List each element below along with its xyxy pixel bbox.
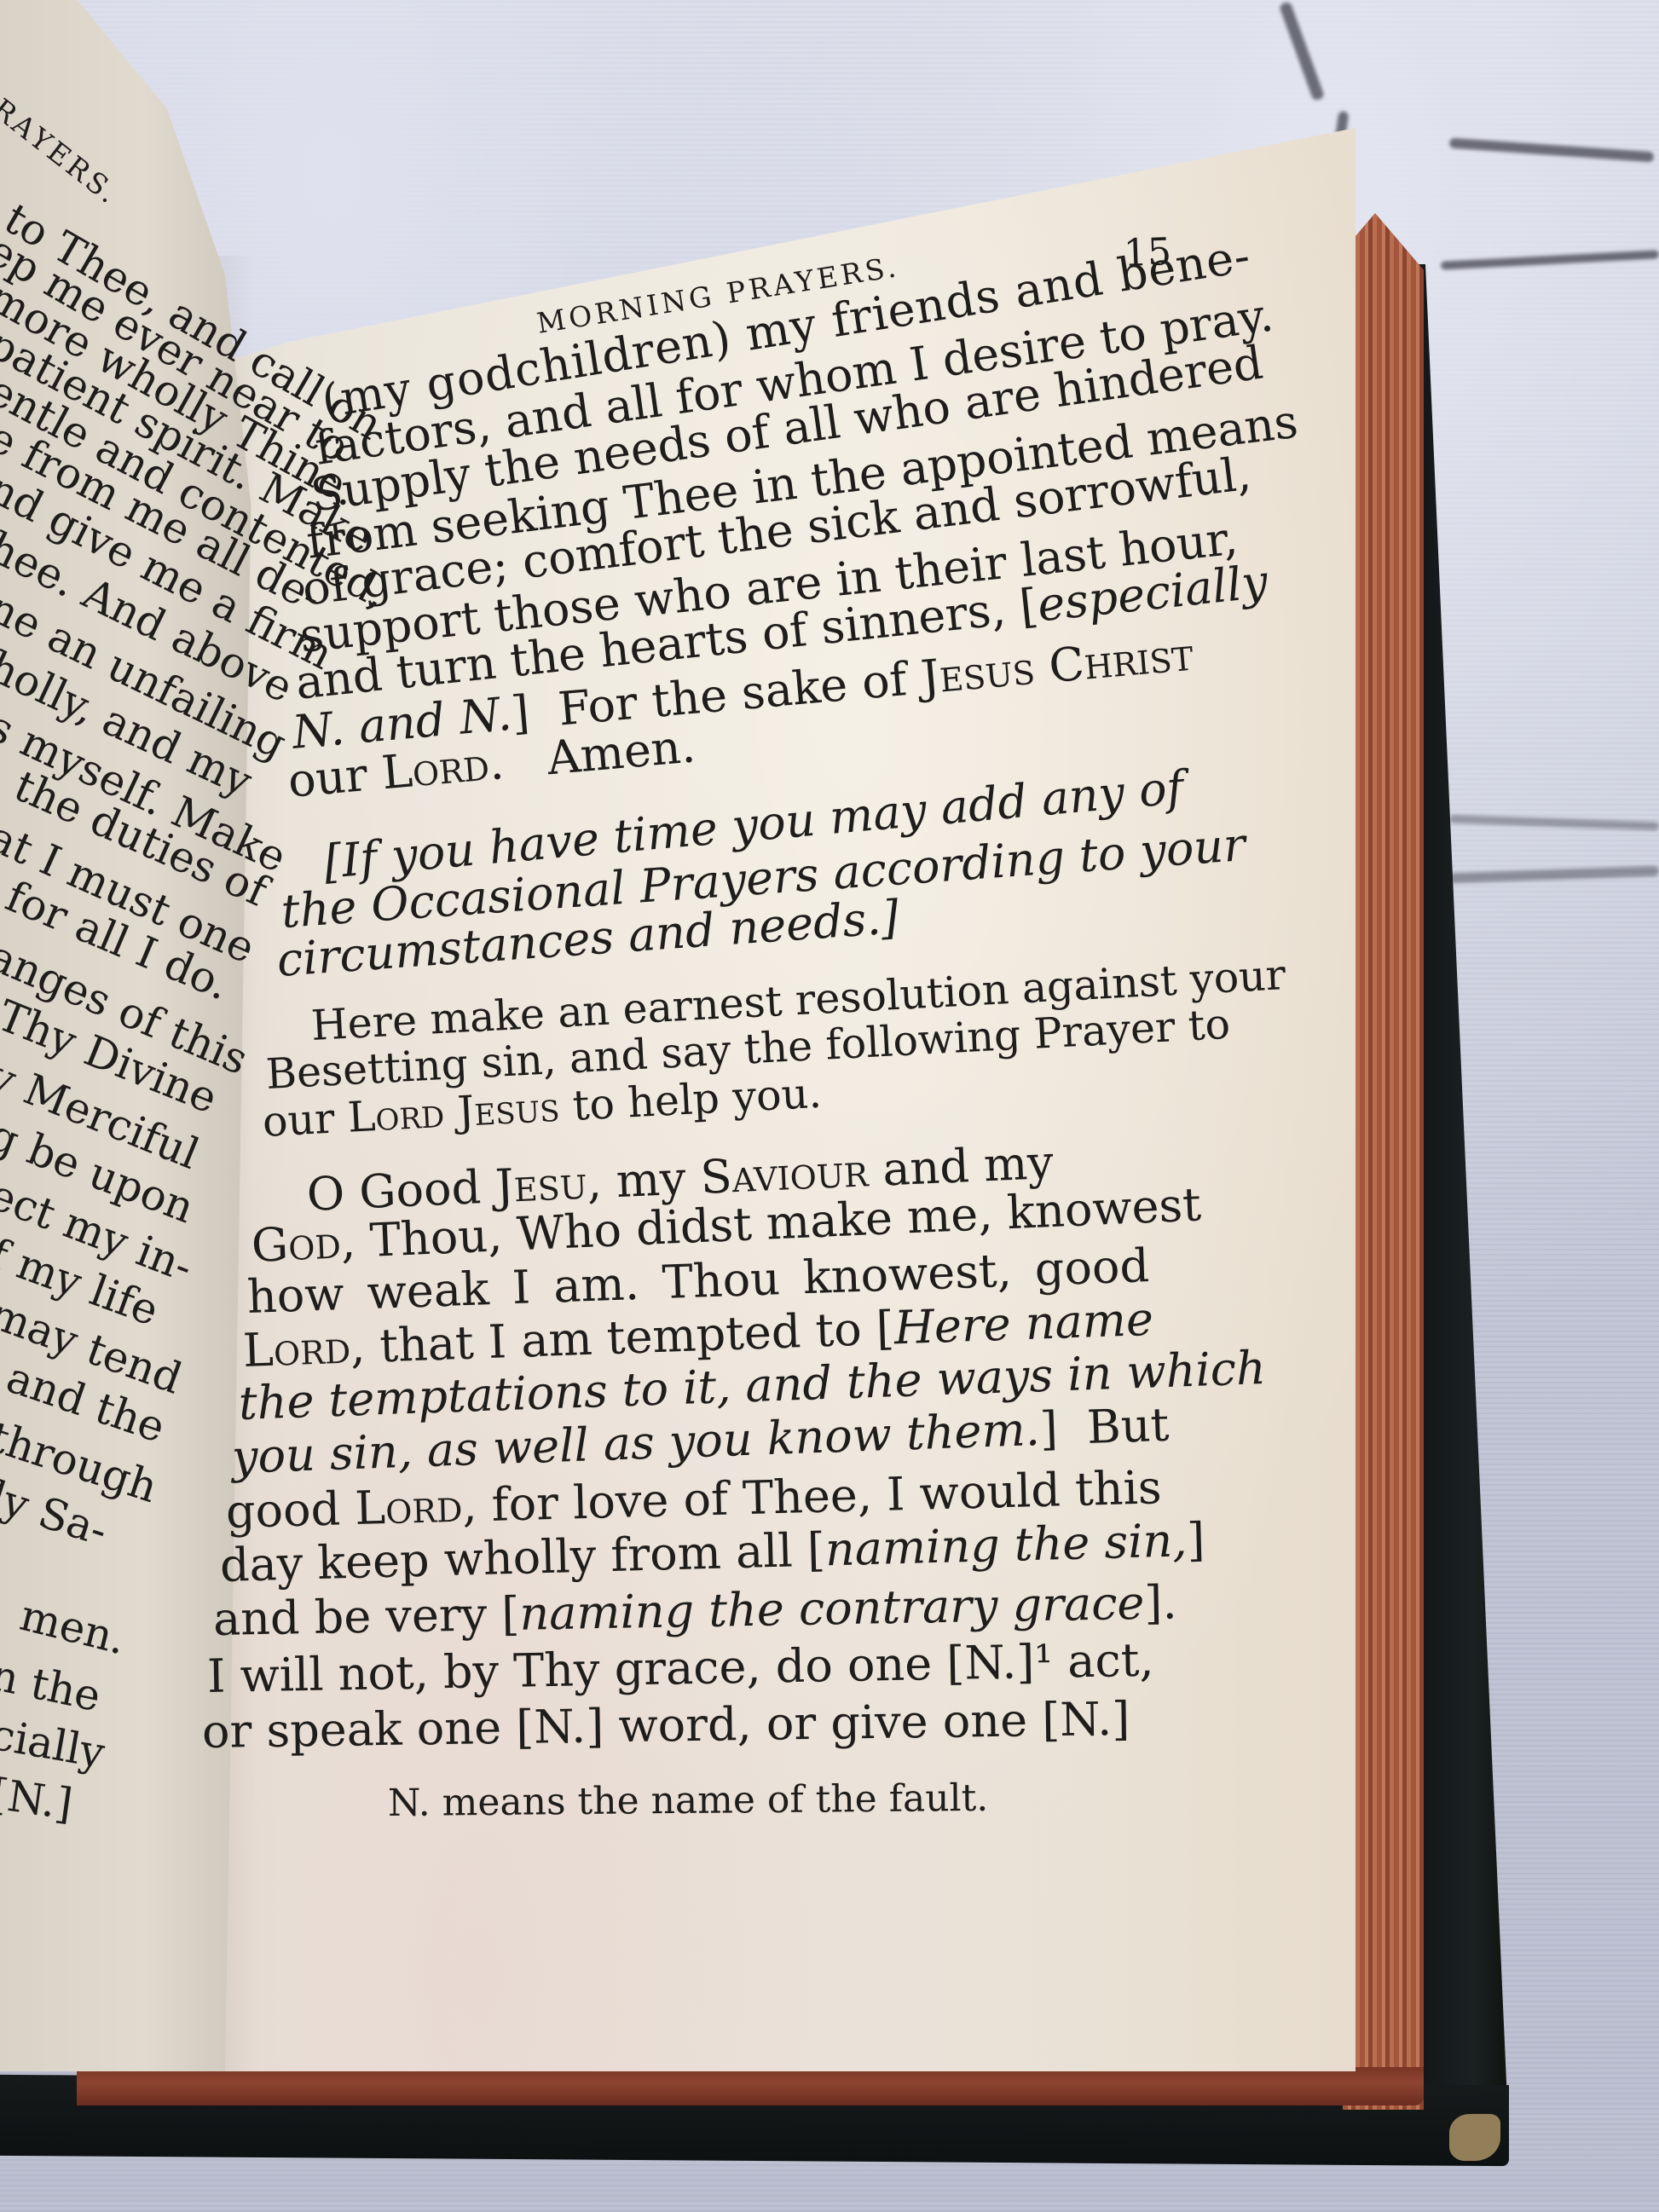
text-run: ]. [1144, 1575, 1177, 1630]
text-run: and be very [ [212, 1587, 519, 1646]
right-page-text: 15 Morning Prayers. (my godchildren) my … [0, 0, 1659, 2212]
text-run: our [286, 747, 384, 808]
italic-run: naming the contrary grace [519, 1576, 1145, 1641]
text-run: our [262, 1094, 350, 1146]
text-run: ] But [1039, 1398, 1171, 1456]
small-caps-run: Lord [354, 1479, 463, 1535]
text-run: good [225, 1481, 355, 1539]
small-caps-run: Lord Jesus [346, 1083, 560, 1142]
text-run: ] [1186, 1513, 1205, 1568]
italic-run: naming the sin, [824, 1513, 1188, 1576]
small-caps-run: Lord [379, 737, 491, 800]
small-caps-run: Lord [242, 1320, 351, 1377]
prayer-line: or speak one [N.] word, or give one [N.] [202, 1692, 1130, 1759]
small-caps-run: God [251, 1215, 342, 1273]
footnote: N. means the name of the fault. [388, 1776, 989, 1825]
